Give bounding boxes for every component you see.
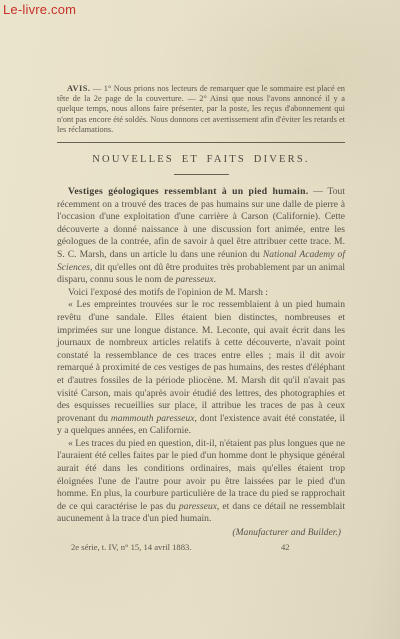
attribution: (Manufacturer and Builder.)	[57, 527, 345, 540]
avis-label: AVIS.	[67, 84, 91, 93]
page-footer: 2e série, t. IV, n° 15, 14 avril 1883. 4…	[57, 542, 345, 554]
article-paragraph-1: Vestiges géologiques ressemblant à un pi…	[57, 186, 345, 287]
article-heading: Vestiges géologiques ressemblant à un pi…	[68, 186, 308, 197]
section-divider	[57, 142, 345, 143]
article-paragraph-2: Voici l'exposé des motifs de l'opinion d…	[57, 287, 345, 300]
species-name-italic: paresseux	[176, 274, 214, 285]
attribution-source-italic: (Manufacturer and Builder.)	[232, 527, 341, 538]
species-name-italic: mammouth paresseux	[111, 413, 195, 424]
species-name-italic: paresseux	[179, 501, 217, 512]
title-divider	[174, 174, 229, 175]
avis-notice: AVIS. — 1° Nous prions nos lecteurs de r…	[57, 84, 345, 135]
section-title: NOUVELLES ET FAITS DIVERS.	[57, 154, 345, 165]
article-paragraph-3: « Les empreintes trouvées sur le roc res…	[57, 299, 345, 438]
avis-text: — 1° Nous prions nos lecteurs de remarqu…	[57, 84, 345, 134]
page-number: 42	[281, 542, 290, 552]
text-run: « Les empreintes trouvées sur le roc res…	[57, 299, 345, 423]
article: Vestiges géologiques ressemblant à un pi…	[57, 186, 345, 540]
watermark-le-livre: Le-livre.com	[3, 2, 76, 17]
text-run: .	[214, 274, 216, 285]
scanned-page: Le-livre.com AVIS. — 1° Nous prions nos …	[0, 0, 400, 639]
article-paragraph-4: « Les traces du pied en question, dit-il…	[57, 438, 345, 526]
page-content: AVIS. — 1° Nous prions nos lecteurs de r…	[57, 84, 345, 554]
issue-info: 2e série, t. IV, n° 15, 14 avril 1883.	[71, 542, 191, 552]
